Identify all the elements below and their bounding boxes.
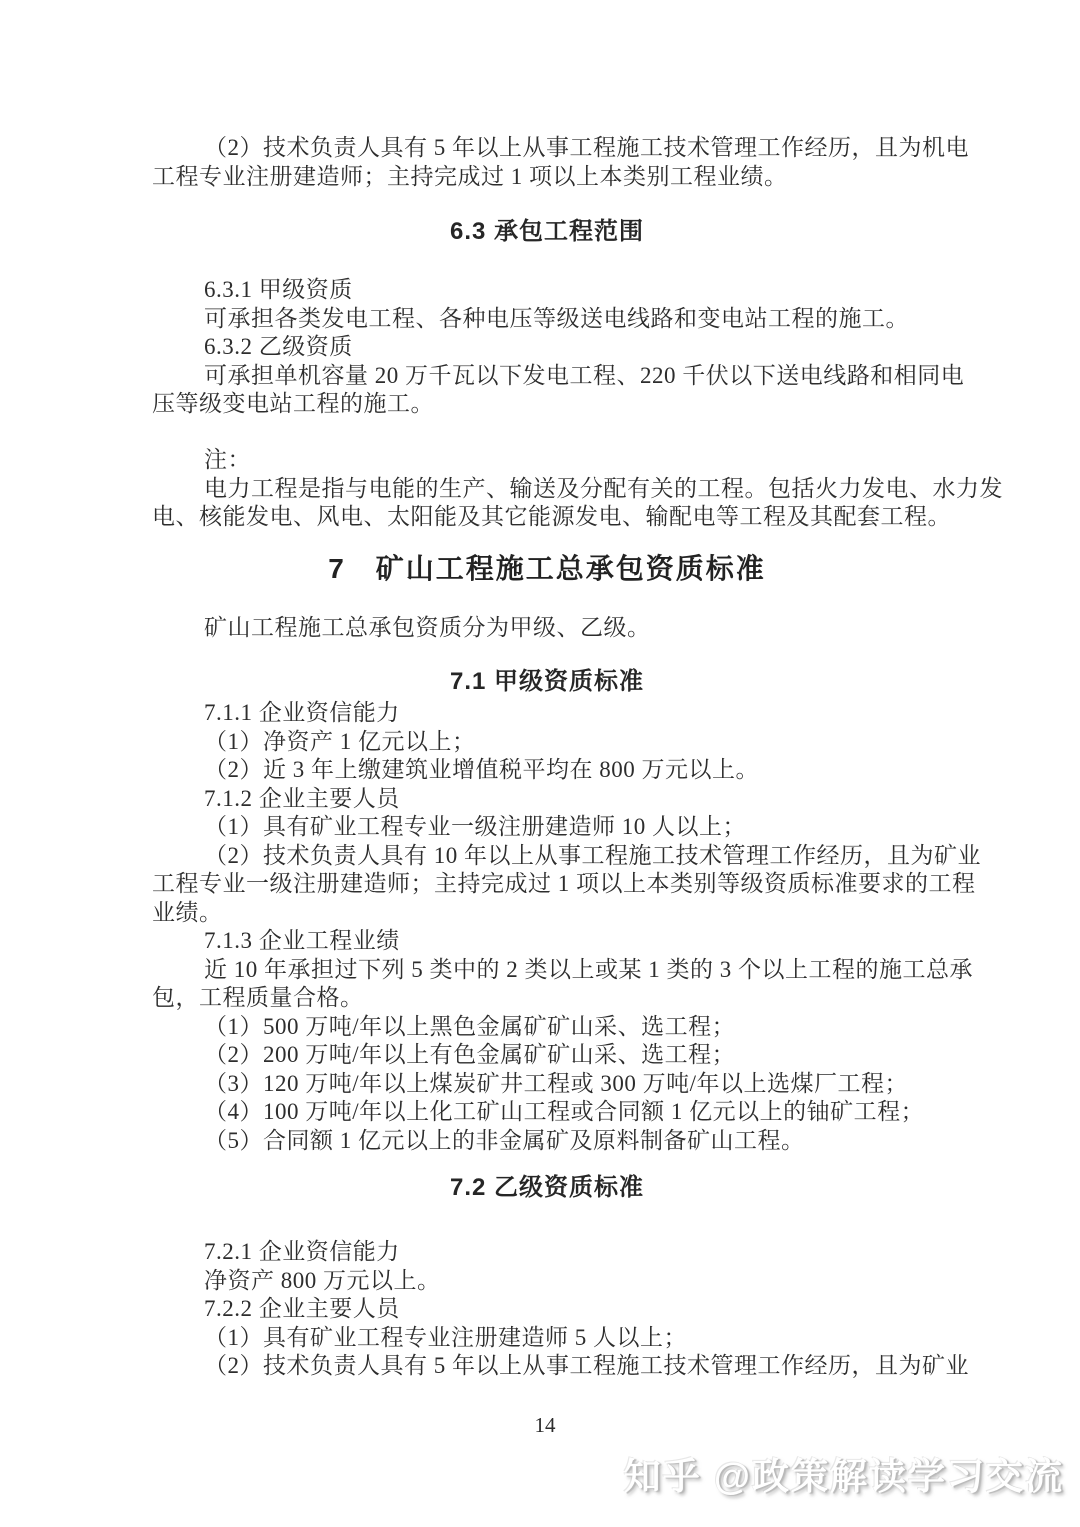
text-line: 矿山工程施工总承包资质分为甲级、乙级。 bbox=[152, 614, 942, 643]
text-line: 近 10 年承担过下列 5 类中的 2 类以上或某 1 类的 3 个以上工程的施… bbox=[152, 956, 942, 985]
text-line: 可承担各类发电工程、各种电压等级送电线路和变电站工程的施工。 bbox=[152, 305, 942, 334]
text-line: （2）技术负责人具有 5 年以上从事工程施工技术管理工作经历，且为机电 bbox=[152, 134, 942, 163]
text-line: 7.2.2 企业主要人员 bbox=[152, 1295, 942, 1324]
paragraph-chapter-intro: 矿山工程施工总承包资质分为甲级、乙级。 bbox=[152, 614, 942, 643]
text-line: （2）近 3 年上缴建筑业增值税平均在 800 万元以上。 bbox=[152, 756, 942, 785]
text-line: （1）净资产 1 亿元以上； bbox=[152, 728, 942, 757]
section-heading-7-1: 7.1 甲级资质标准 bbox=[152, 666, 942, 698]
paragraph-grade-b-standard: 7.2.1 企业资信能力 净资产 800 万元以上。 7.2.2 企业主要人员 … bbox=[152, 1238, 942, 1381]
text-line: （4）100 万吨/年以上化工矿山工程或合同额 1 亿元以上的铀矿工程； bbox=[152, 1098, 942, 1127]
text-line: （1）500 万吨/年以上黑色金属矿矿山采、选工程； bbox=[152, 1013, 942, 1042]
paragraph-tech-leader-6: （2）技术负责人具有 5 年以上从事工程施工技术管理工作经历，且为机电 工程专业… bbox=[152, 134, 942, 191]
text-line: 包，工程质量合格。 bbox=[152, 984, 942, 1013]
text-line: （2）200 万吨/年以上有色金属矿矿山采、选工程； bbox=[152, 1041, 942, 1070]
text-line: 6.3.1 甲级资质 bbox=[152, 276, 942, 305]
text-line: （1）具有矿业工程专业注册建造师 5 人以上； bbox=[152, 1324, 942, 1353]
section-heading-6-3: 6.3 承包工程范围 bbox=[152, 216, 942, 248]
text-line: 业绩。 bbox=[152, 899, 942, 928]
paragraph-note: 注： 电力工程是指与电能的生产、输送及分配有关的工程。包括火力发电、水力发 电、… bbox=[152, 446, 942, 532]
text-line: 6.3.2 乙级资质 bbox=[152, 333, 942, 362]
chapter-heading-7: 7 矿山工程施工总承包资质标准 bbox=[152, 551, 942, 587]
text-line: 7.1.3 企业工程业绩 bbox=[152, 927, 942, 956]
text-line: （2）技术负责人具有 10 年以上从事工程施工技术管理工作经历，且为矿业 bbox=[152, 842, 942, 871]
text-line: 可承担单机容量 20 万千瓦以下发电工程、220 千伏以下送电线路和相同电 bbox=[152, 362, 942, 391]
text-line: 工程专业一级注册建造师；主持完成过 1 项以上本类别等级资质标准要求的工程 bbox=[152, 870, 942, 899]
text-line: （2）技术负责人具有 5 年以上从事工程施工技术管理工作经历，且为矿业 bbox=[152, 1352, 942, 1381]
text-line: 7.1.2 企业主要人员 bbox=[152, 785, 942, 814]
text-line: 净资产 800 万元以上。 bbox=[152, 1267, 942, 1296]
text-line: 电力工程是指与电能的生产、输送及分配有关的工程。包括火力发电、水力发 bbox=[152, 475, 942, 504]
text-line: （3）120 万吨/年以上煤炭矿井工程或 300 万吨/年以上选煤厂工程； bbox=[152, 1070, 942, 1099]
text-line: （5）合同额 1 亿元以上的非金属矿及原料制备矿山工程。 bbox=[152, 1127, 942, 1156]
text-line: （1）具有矿业工程专业一级注册建造师 10 人以上； bbox=[152, 813, 942, 842]
text-line: 压等级变电站工程的施工。 bbox=[152, 390, 942, 419]
document-page: （2）技术负责人具有 5 年以上从事工程施工技术管理工作经历，且为机电 工程专业… bbox=[0, 0, 1080, 1527]
watermark: 知乎 @政策解读学习交流 bbox=[624, 1453, 1064, 1501]
paragraph-grade-a-standard: 7.1.1 企业资信能力 （1）净资产 1 亿元以上； （2）近 3 年上缴建筑… bbox=[152, 699, 942, 1155]
text-line: 7.2.1 企业资信能力 bbox=[152, 1238, 942, 1267]
text-line: 电、核能发电、风电、太阳能及其它能源发电、输配电等工程及其配套工程。 bbox=[152, 503, 942, 532]
page-number: 14 bbox=[152, 1412, 938, 1438]
text-line: 工程专业注册建造师；主持完成过 1 项以上本类别工程业绩。 bbox=[152, 163, 942, 192]
paragraph-contract-scope: 6.3.1 甲级资质 可承担各类发电工程、各种电压等级送电线路和变电站工程的施工… bbox=[152, 276, 942, 419]
text-line: 7.1.1 企业资信能力 bbox=[152, 699, 942, 728]
text-line: 注： bbox=[152, 446, 942, 475]
section-heading-7-2: 7.2 乙级资质标准 bbox=[152, 1172, 942, 1204]
